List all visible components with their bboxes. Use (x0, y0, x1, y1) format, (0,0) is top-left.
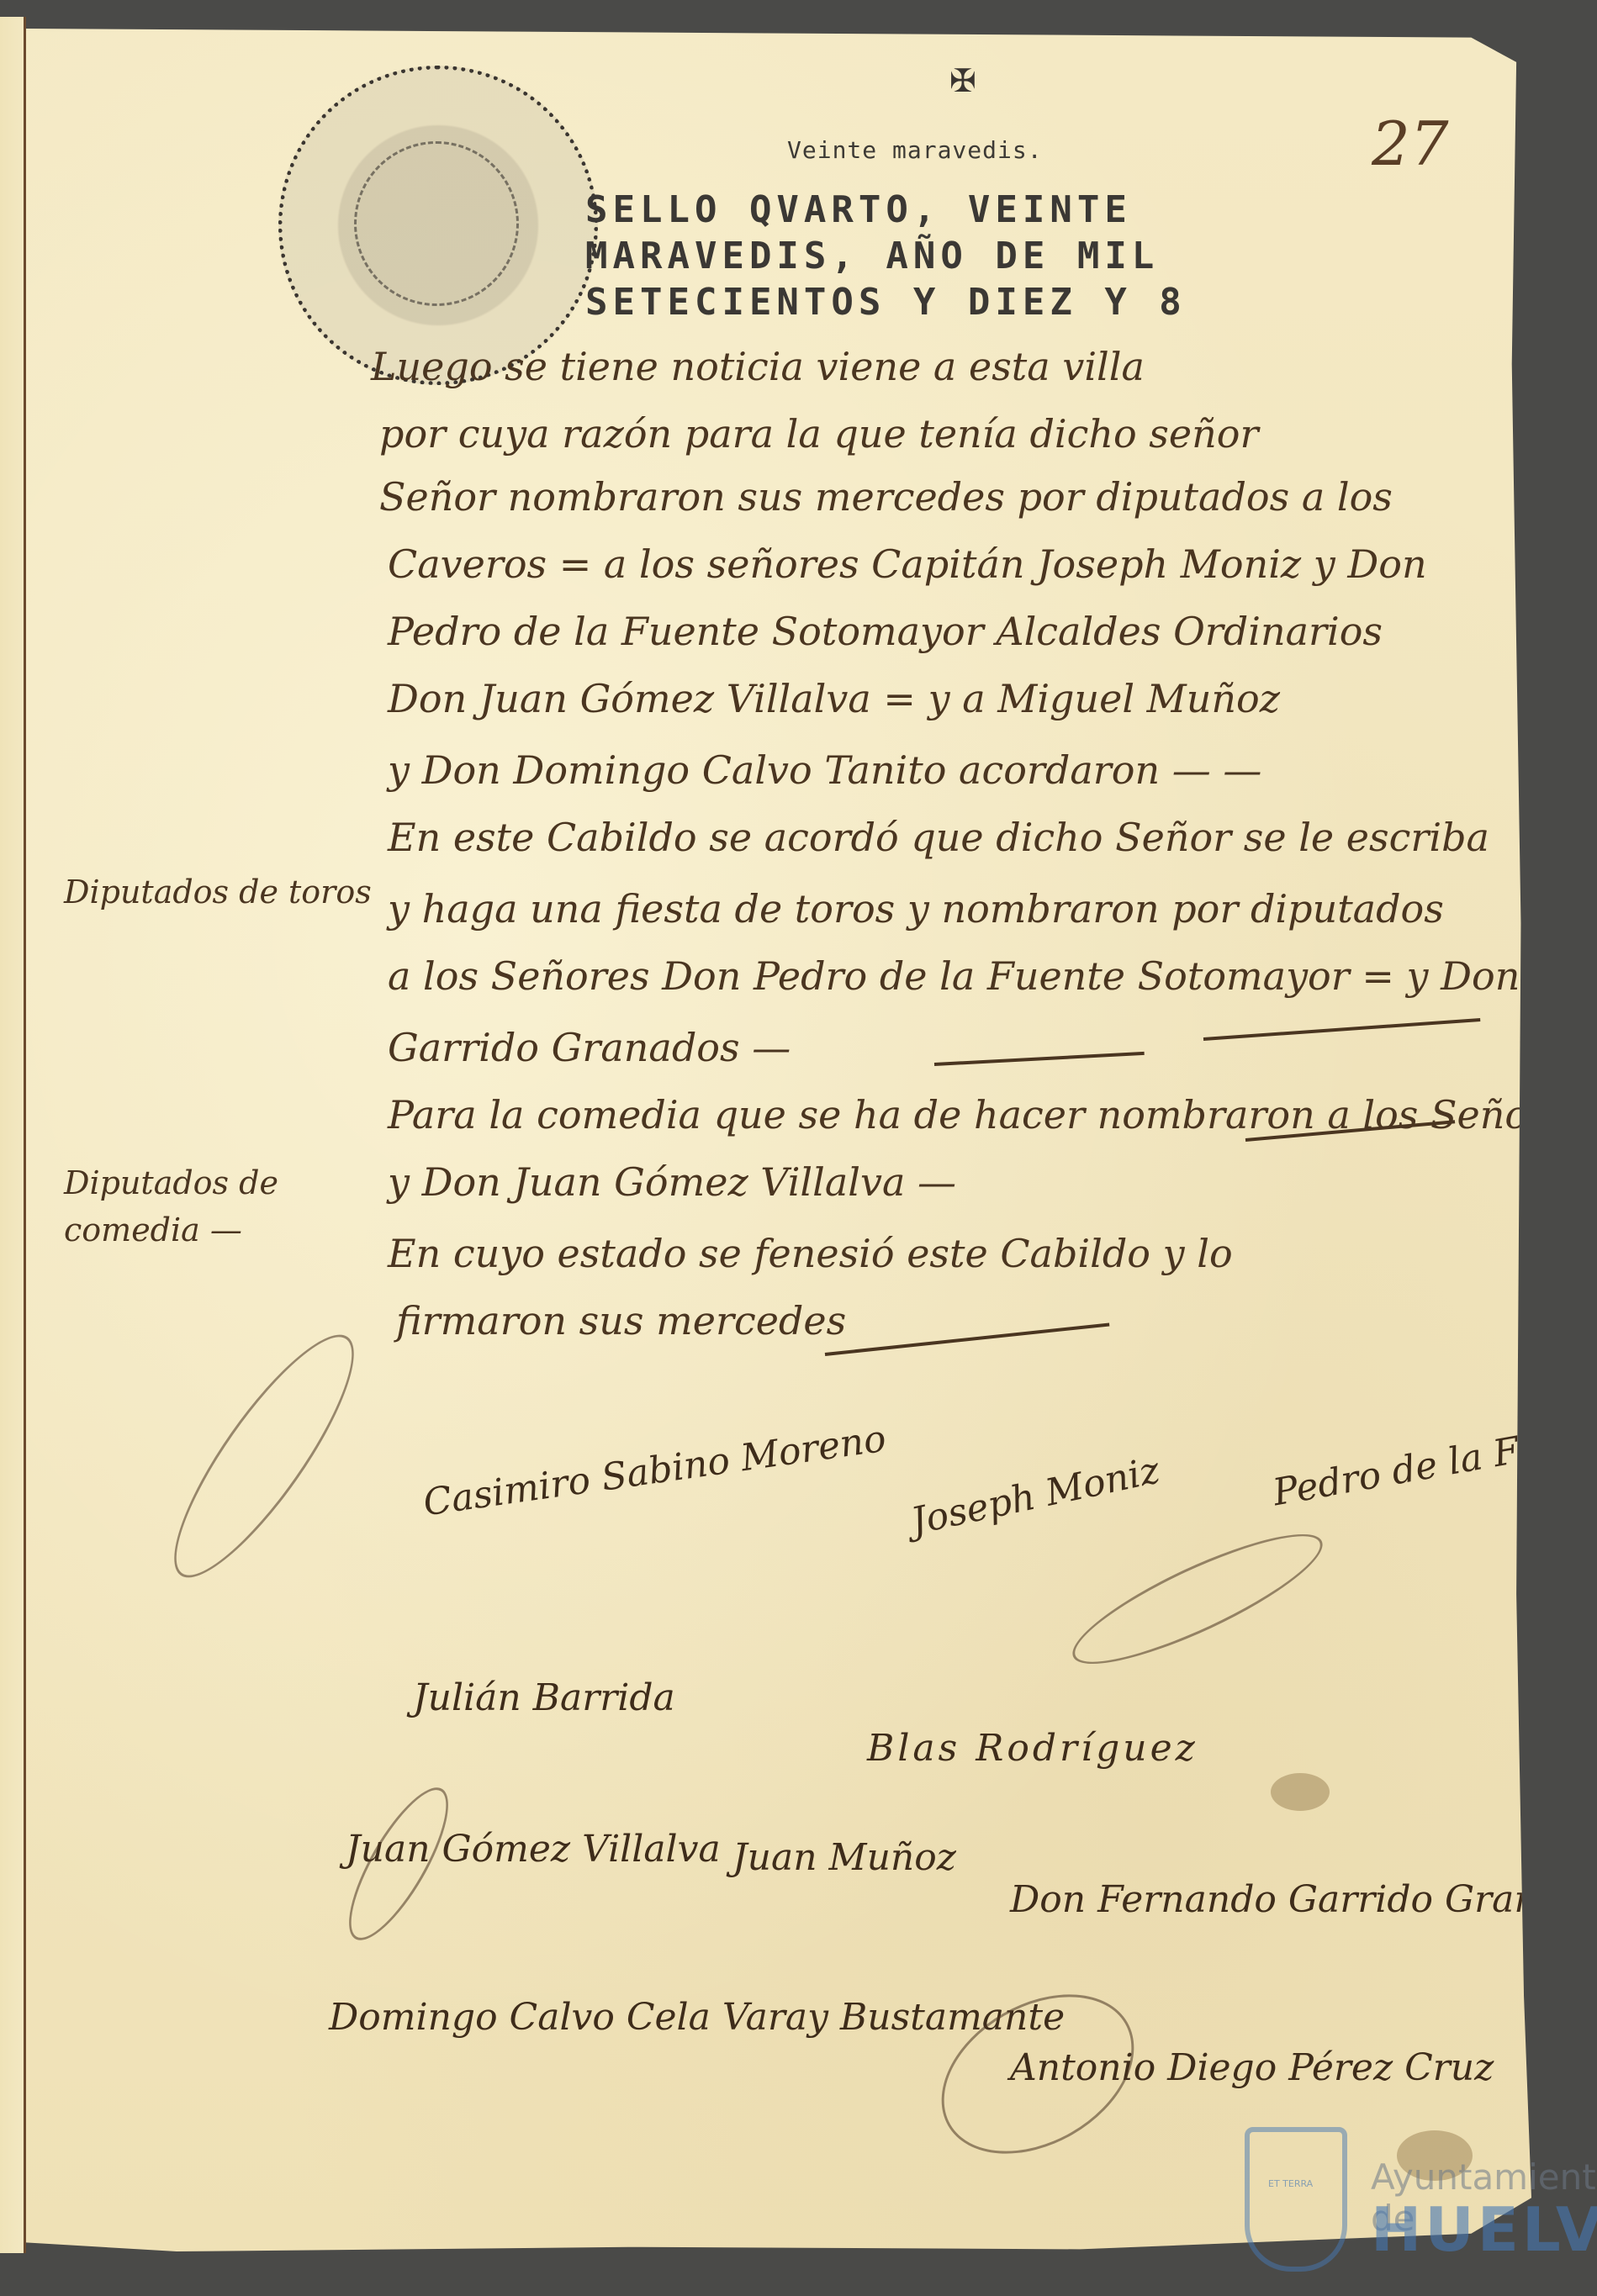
signature: Joseph Moniz (907, 1449, 1163, 1543)
filler-stroke (934, 1052, 1145, 1066)
margin-note-toros: Diputados de toros (64, 874, 372, 910)
body-line: Pedro de la Fuente Sotomayor Alcaldes Or… (388, 609, 1383, 654)
watermark-line-2: HUELVA (1371, 2194, 1597, 2265)
stamp-line-1: SELLO QVARTO, VEINTE (585, 188, 1132, 231)
body-line: Garrido Granados — (388, 1025, 791, 1070)
stamp-value-line: Veinte maravedis. (787, 136, 1043, 164)
huelva-shield-icon: ET TERRA (1245, 2127, 1347, 2272)
body-line: y Don Juan Gómez Villalva — (388, 1159, 956, 1205)
body-line: Señor nombraron sus mercedes por diputad… (379, 474, 1393, 520)
shield-motto: ET TERRA (1268, 2178, 1313, 2189)
folio-number: 27 (1372, 108, 1449, 179)
body-line: En cuyo estado se fenesió este Cabildo y… (388, 1231, 1233, 1276)
filler-stroke (1203, 1018, 1480, 1041)
royal-seal (278, 66, 598, 385)
signature: Blas Rodríguez (867, 1727, 1198, 1770)
signature-flourish (1060, 1512, 1335, 1686)
signature-flourish (147, 1314, 380, 1598)
body-line: y haga una fiesta de toros y nombraron p… (388, 886, 1444, 932)
stamp-line-3: SETECIENTOS Y DIEZ Y 8 (585, 281, 1187, 324)
stamp-line-2: MARAVEDIS, AÑO DE MIL (585, 235, 1159, 277)
body-line: Caveros = a los señores Capitán Joseph M… (388, 541, 1427, 587)
previous-page-edge (0, 17, 26, 2253)
body-line: a los Señores Don Pedro de la Fuente Sot… (388, 953, 1597, 999)
body-line: Don Juan Gómez Villalva = y a Miguel Muñ… (388, 676, 1280, 721)
signature: Domingo Calvo Cela Varay Bustamante (329, 1996, 1065, 2039)
seal-coat-of-arms (354, 141, 519, 306)
body-line: por cuya razón para la que tenía dicho s… (379, 411, 1258, 457)
body-line: Para la comedia que se ha de hacer nombr… (388, 1092, 1589, 1137)
body-line: En este Cabildo se acordó que dicho Seño… (388, 815, 1489, 860)
filler-stroke (825, 1322, 1110, 1356)
header-cross-icon: ✠ (949, 62, 976, 99)
body-line: Luego se tiene noticia viene a esta vill… (371, 344, 1145, 389)
signature: Juan Muñoz (732, 1836, 956, 1879)
margin-note-comedia: Diputados de comedia — (64, 1159, 341, 1254)
body-line: y Don Domingo Calvo Tanito acordaron — — (388, 747, 1261, 793)
manuscript-folio: ✠ Veinte maravedis. SELLO QVARTO, VEINTE… (26, 29, 1531, 2265)
signature: Don Fernando Garrido Granados (1010, 1878, 1597, 1921)
signature: Julián Barrida (413, 1676, 675, 1719)
body-line: firmaron sus mercedes (396, 1298, 846, 1343)
ink-stain (1271, 1773, 1330, 1811)
signature: Casimiro Sabino Moreno (420, 1417, 888, 1525)
signature: Pedro de la Fuente (1270, 1411, 1597, 1515)
